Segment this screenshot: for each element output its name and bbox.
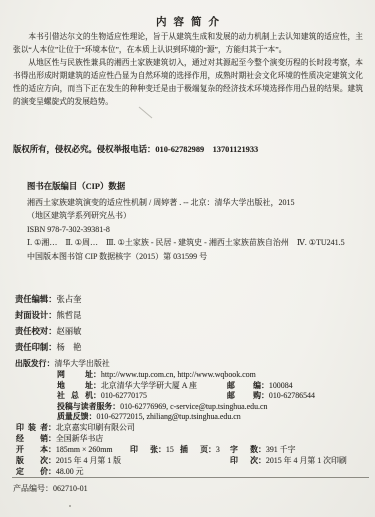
reader-service-value: 010-62776969, c-service@tup.tsinghua.edu… [120,402,267,411]
book-copyright-page: 内容简介 本书引借达尔文的生物适应性理论，旨于从建筑生成和发展的动力机制上去认知… [0,0,375,517]
distributor-row: 经销：全国新华书店 [16,433,369,444]
switchboard-label: 社总机 [57,391,93,402]
publisher-label: 出版发行 [15,359,47,368]
mail-order-segment: 邮购：010-62786544 [227,391,315,402]
zip-segment: 邮编：100084 [227,381,293,392]
printer-row: 印装者：北京嘉实印刷有限公司 [16,422,369,433]
sheets-value: 15 [166,445,174,454]
content-summary-title: 内容简介 [0,14,375,29]
format-row: 开本：185mm × 260mm 印张：15 插页：3 字数：391 千字 [16,444,369,455]
quality-feedback-row: 质量反馈：010-62772015, zhiliang@tup.tsinghua… [57,412,369,423]
staff-label: 封面设计 [15,311,48,320]
product-number-label: 产品编号 [13,484,45,493]
switchboard-value: 010-62770175 [101,391,147,400]
mail-order-label: 邮购 [227,391,261,402]
quality-feedback-value: 010-62772015, zhiliang@tup.tsinghua.edu.… [96,412,240,421]
reader-service-row: 投稿与读者服务：010-62776969, c-service@tup.tsin… [57,402,369,413]
word-count-value: 391 千字 [266,445,296,454]
zip-value: 100084 [269,381,293,390]
printer-value: 北京嘉实印刷有限公司 [56,423,135,432]
publisher-block: 出版发行：清华大学出版社 网址：http://www.tup.com.cn, h… [15,357,369,423]
reader-service-label: 投稿与读者服务 [57,402,112,411]
word-count-label: 字数 [230,444,258,455]
staff-row-editor: 责任编辑：张占奎 [15,292,81,308]
website-row: 网址：http://www.tup.com.cn, http://www.wqb… [57,370,369,381]
staff-value: 张占奎 [57,295,82,304]
product-number-value: 062710-01 [53,484,88,493]
sheets-label: 印张 [130,444,158,455]
content-summary: 本书引借达尔文的生物适应性理论，旨于从建筑生成和发展的动力机制上去认知建筑的适应… [13,31,363,108]
staff-label: 责任印制 [15,343,48,352]
staff-label: 责任校对 [15,327,48,336]
publisher-name: 清华大学出版社 [54,359,109,368]
scan-speck-artifact [69,505,71,507]
switchboard-row: 社总机：010-62770175 邮购：010-62786544 [57,391,369,402]
inserts-value: 3 [216,445,220,454]
staff-row-cover-design: 封面设计：熊哲昆 [15,308,81,324]
summary-paragraph-1: 本书引借达尔文的生物适应性理论，旨于从建筑生成和发展的动力机制上去认知建筑的适应… [13,31,363,57]
summary-paragraph-2: 从地区性与民族性兼具的湘西土家族建筑切入，通过对其源起至今整个演变历程的长时段考… [13,57,363,109]
website-value: http://www.tup.com.cn, http://www.wqbook… [101,370,256,379]
staff-credits: 责任编辑：张占奎 封面设计：熊哲昆 责任校对：赵丽敏 责任印制：杨 艳 [15,292,81,356]
inserts-label: 插页 [180,444,208,455]
cip-title-line: 湘西土家族建筑演变的适应性机制 / 周婷著 . -- 北京：清华大学出版社，20… [27,196,363,210]
production-block: 印装者：北京嘉实印刷有限公司 经销：全国新华书店 开本：185mm × 260m… [16,422,369,477]
cip-record-number: 中国版本图书馆 CIP 数据核字（2015）第 031599 号 [27,250,363,264]
product-number: 产品编号：062710-01 [13,483,88,494]
address-value: 北京清华大学学研大厦 A 座 [101,381,197,390]
staff-row-proofreader: 责任校对：赵丽敏 [15,324,81,340]
cip-classification: Ⅰ. ①湘… Ⅱ. ①周… Ⅲ. ①土家族 - 民居 - 建筑史 - 湘西土家族… [27,236,363,250]
divider-rule [12,477,369,478]
format-label: 开本 [16,444,48,455]
edition-value: 2015 年 4 月第 1 版 [56,456,121,465]
mail-order-value: 010-62786544 [269,391,315,400]
staff-value: 杨 艳 [57,343,82,352]
cip-block: 图书在版编目（CIP）数据 湘西土家族建筑演变的适应性机制 / 周婷著 . --… [27,180,363,264]
staff-label: 责任编辑 [15,295,48,304]
address-label: 地址 [57,381,93,392]
cip-isbn: ISBN 978-7-302-39381-8 [27,223,363,237]
edition-label: 版次 [16,455,48,466]
address-row: 地址：北京清华大学学研大厦 A 座 邮编：100084 [57,381,369,392]
impression-label: 印次 [230,455,258,466]
price-value: 48.00 元 [56,467,84,476]
staff-value: 熊哲昆 [57,311,82,320]
staff-value: 赵丽敏 [57,327,82,336]
edition-row: 版次：2015 年 4 月第 1 版 印次：2015 年 4 月第 1 次印刷 [16,455,369,466]
copyright-notice: 版权所有，侵权必究。侵权举报电话：010-62782989 1370112193… [13,143,258,155]
distributor-value: 全国新华书店 [56,434,103,443]
printer-label: 印装者 [16,422,48,433]
quality-feedback-label: 质量反馈 [57,412,89,421]
impression-value: 2015 年 4 月第 1 次印刷 [266,456,347,465]
price-label: 定价 [16,466,48,477]
publisher-row: 出版发行：清华大学出版社 [15,357,369,370]
distributor-label: 经销 [16,433,48,444]
staff-row-print-supervisor: 责任印制：杨 艳 [15,340,81,356]
price-row: 定价：48.00 元 [16,466,369,477]
format-value: 185mm × 260mm [56,445,113,454]
website-label: 网址 [57,370,93,381]
zip-label: 邮编 [227,381,261,392]
cip-series-line: （地区建筑学系列研究丛书） [27,209,363,223]
cip-heading: 图书在版编目（CIP）数据 [27,180,363,194]
